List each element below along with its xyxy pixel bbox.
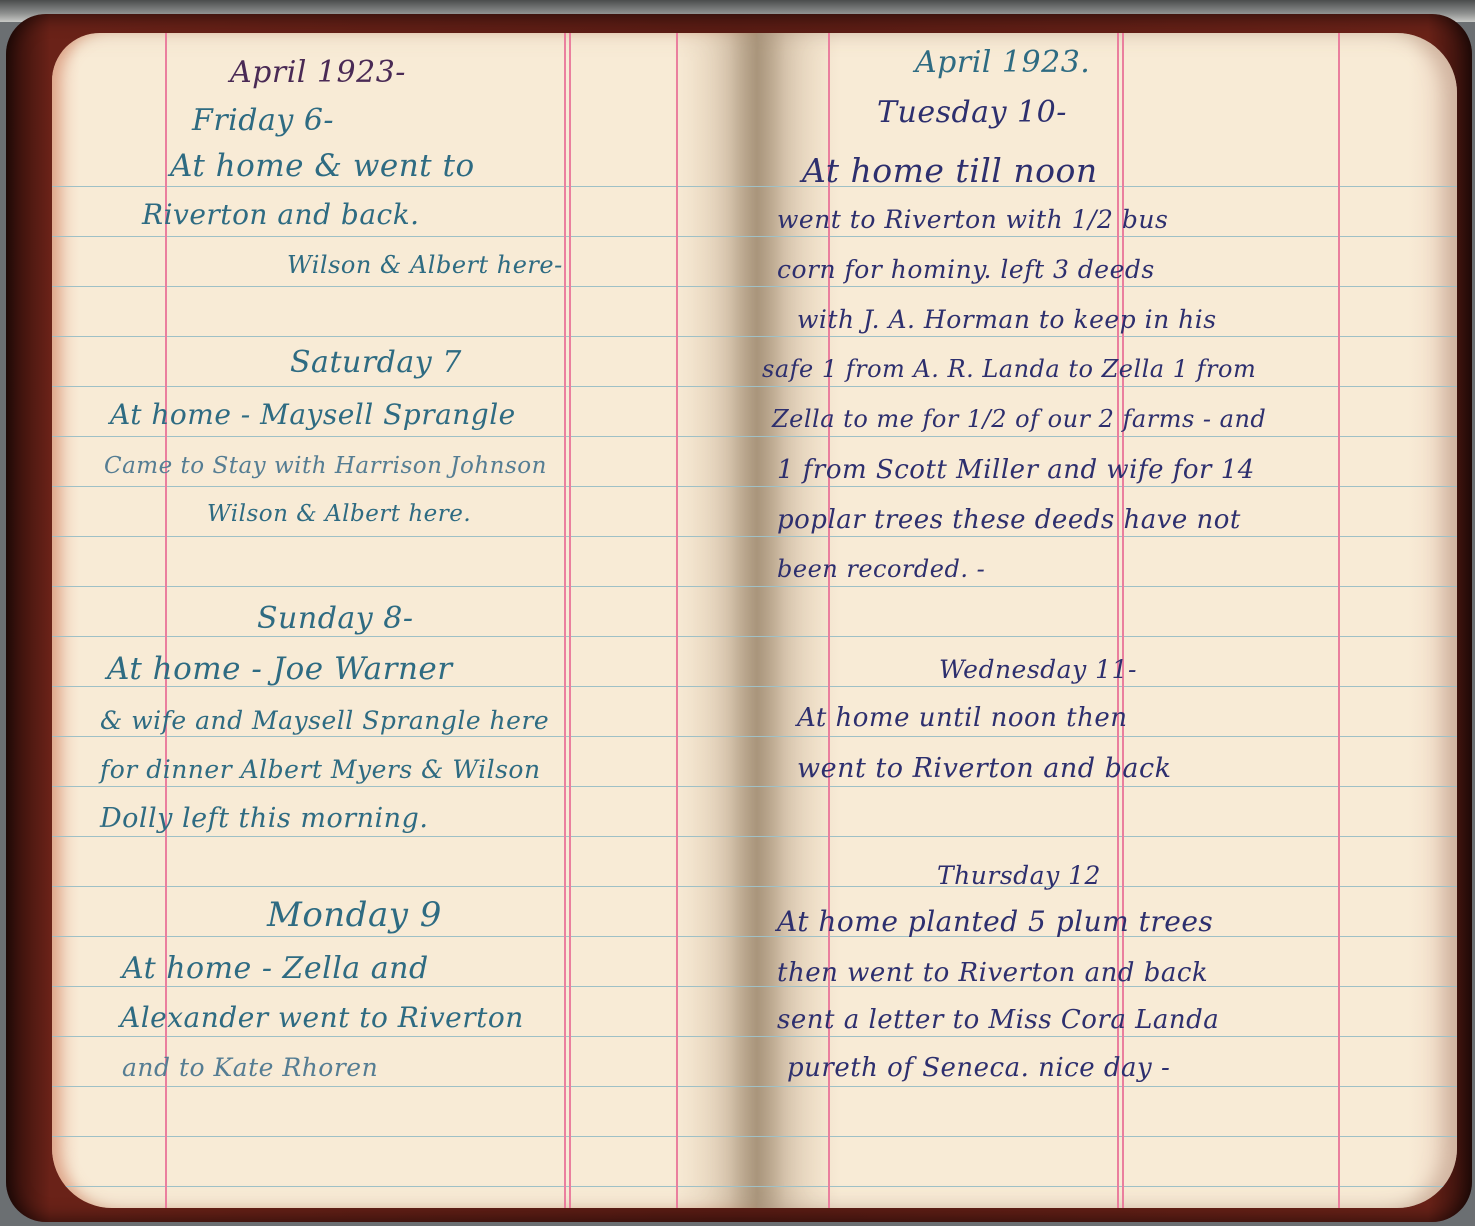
entry-line: corn for hominy. left 3 deeds: [777, 255, 1155, 284]
ruled-line: [757, 586, 1457, 587]
ruled-line: [757, 486, 1457, 487]
entry-line: then went to Riverton and back: [777, 958, 1208, 988]
ruled-line: [757, 786, 1457, 787]
ruled-line: [52, 186, 757, 187]
entry-line: At home & went to: [170, 148, 475, 184]
entry-line: went to Riverton and back: [797, 753, 1172, 784]
page-header: April 1923.: [915, 45, 1090, 80]
margin-line: [564, 33, 566, 1208]
ruled-line: [757, 286, 1457, 287]
ruled-line: [52, 1186, 757, 1187]
entry-line: been recorded. -: [777, 555, 985, 583]
ruled-line: [52, 1036, 757, 1037]
entry-line: and to Kate Rhoren: [122, 1053, 378, 1082]
entry-line: with J. A. Horman to keep in his: [797, 305, 1217, 334]
ruled-line: [757, 536, 1457, 537]
ruled-line: [757, 436, 1457, 437]
entry-line: Wilson & Albert here-: [287, 251, 563, 279]
entry-line: At home - Joe Warner: [107, 651, 453, 687]
entry-line: & wife and Maysell Sprangle here: [100, 706, 549, 735]
ruled-line: [52, 936, 757, 937]
ruled-line: [52, 586, 757, 587]
ruled-line: [52, 486, 757, 487]
entry-day: Friday 6-: [192, 103, 334, 138]
entry-line: At home until noon then: [797, 703, 1127, 733]
entry-day: Saturday 7: [290, 345, 462, 380]
entry-line: Riverton and back.: [142, 198, 420, 231]
entry-line: for dinner Albert Myers & Wilson: [100, 755, 541, 784]
entry-line: At home - Maysell Sprangle: [110, 398, 516, 431]
entry-line: Zella to me for 1/2 of our 2 farms - and: [772, 405, 1266, 433]
ruled-line: [52, 336, 757, 337]
ruled-line: [757, 386, 1457, 387]
ruled-line: [52, 236, 757, 237]
ruled-line: [757, 1036, 1457, 1037]
ruled-line: [52, 386, 757, 387]
page-header: April 1923-: [230, 55, 406, 90]
ruled-line: [52, 1136, 757, 1137]
entry-day: Tuesday 10-: [877, 95, 1067, 130]
entry-line: 1 from Scott Miller and wife for 14: [777, 455, 1255, 485]
entry-day: Wednesday 11-: [939, 655, 1137, 684]
entry-line: Came to Stay with Harrison Johnson: [104, 453, 547, 479]
entry-day: Sunday 8-: [257, 601, 414, 636]
ruled-line: [757, 1086, 1457, 1087]
margin-line: [569, 33, 571, 1208]
entry-line: Dolly left this morning.: [100, 803, 428, 834]
ruled-line: [52, 1086, 757, 1087]
entry-line: At home planted 5 plum trees: [777, 905, 1213, 938]
ruled-line: [757, 336, 1457, 337]
entry-line: At home till noon: [802, 151, 1098, 190]
ruled-line: [52, 286, 757, 287]
left-page: April 1923- Friday 6- At home & went to …: [52, 33, 757, 1208]
ruled-line: [757, 736, 1457, 737]
margin-line: [1338, 33, 1340, 1208]
ruled-line: [52, 886, 757, 887]
right-page: April 1923. Tuesday 10- At home till noo…: [757, 33, 1457, 1208]
ruled-line: [52, 986, 757, 987]
entry-line: went to Riverton with 1/2 bus: [777, 205, 1168, 234]
entry-line: sent a letter to Miss Cora Landa: [777, 1005, 1219, 1035]
ruled-line: [52, 636, 757, 637]
margin-line: [676, 33, 678, 1208]
entry-day: Monday 9: [267, 895, 442, 935]
ruled-line: [757, 1186, 1457, 1187]
ruled-line: [757, 1136, 1457, 1137]
ruled-line: [52, 836, 757, 837]
entry-line: Wilson & Albert here.: [207, 501, 471, 527]
ruled-line: [757, 686, 1457, 687]
entry-line: At home - Zella and: [122, 951, 429, 986]
entry-line: safe 1 from A. R. Landa to Zella 1 from: [762, 355, 1256, 383]
entry-line: Alexander went to Riverton: [120, 1001, 524, 1034]
ruled-line: [757, 236, 1457, 237]
ruled-line: [52, 786, 757, 787]
entry-line: pureth of Seneca. nice day -: [787, 1053, 1170, 1083]
ruled-line: [52, 536, 757, 537]
ruled-line: [52, 736, 757, 737]
ruled-line: [757, 836, 1457, 837]
ruled-line: [52, 436, 757, 437]
entry-line: poplar trees these deeds have not: [777, 505, 1241, 535]
ruled-line: [757, 886, 1457, 887]
entry-day: Thursday 12: [937, 861, 1101, 890]
ruled-line: [757, 636, 1457, 637]
